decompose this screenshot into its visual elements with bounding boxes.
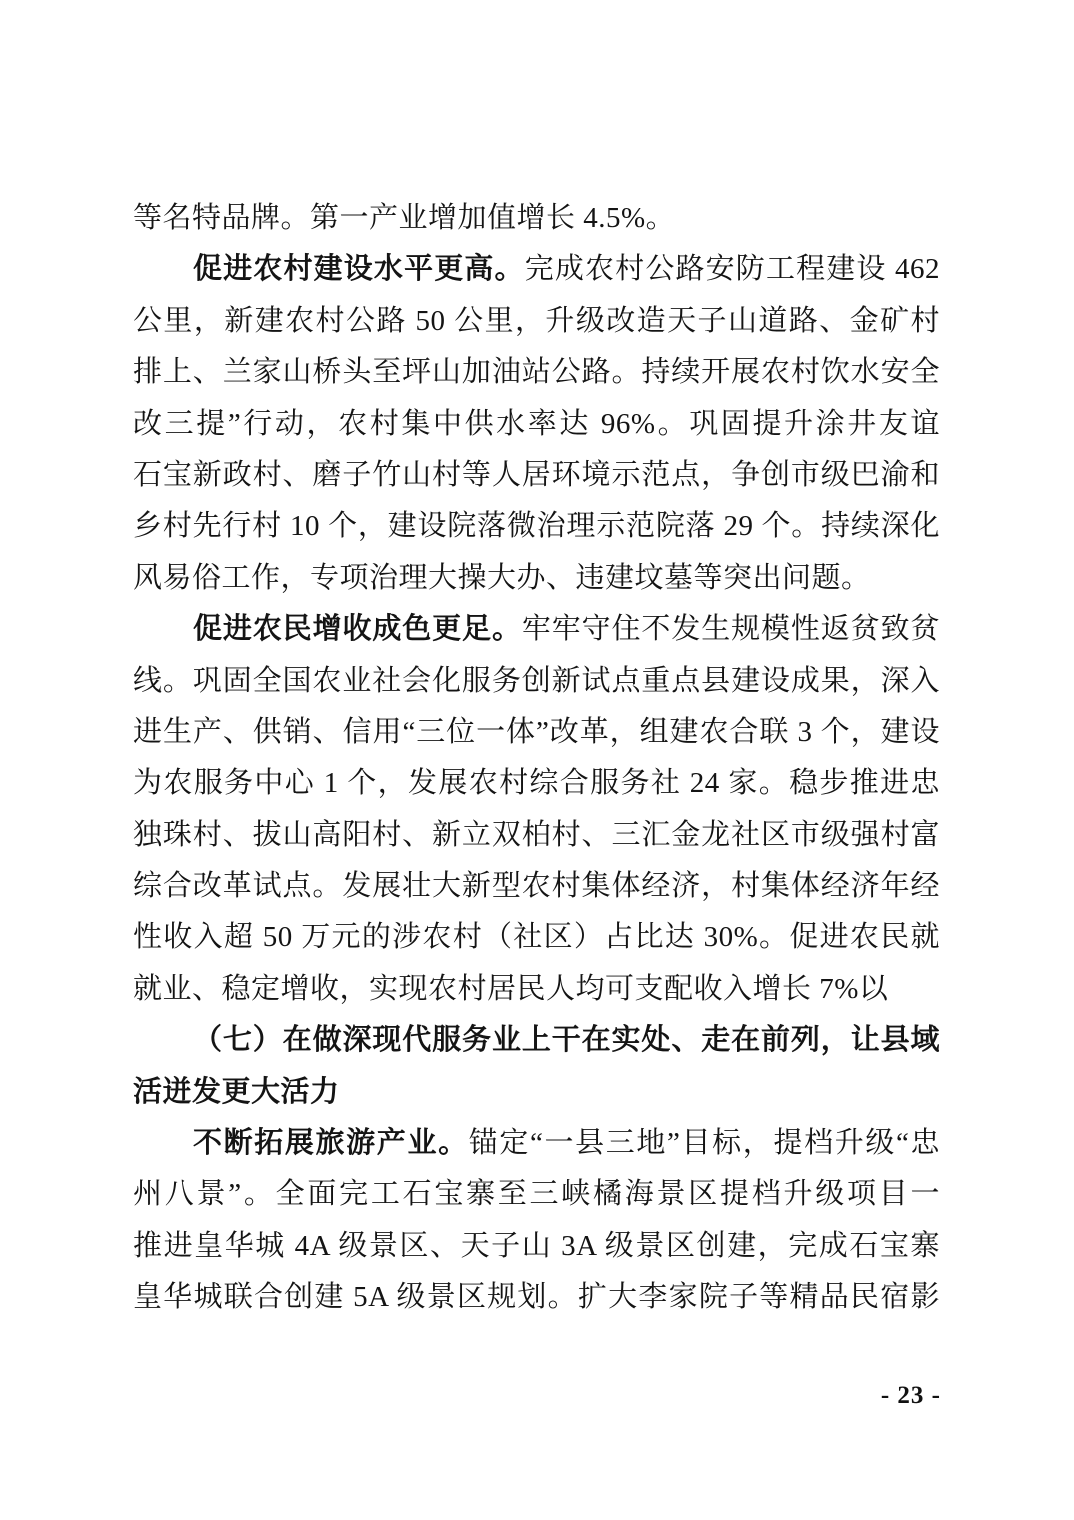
bold-lead-text: 促进农民增收成色更足。 <box>193 613 522 645</box>
line-text: 推进皇华城 4A 级景区、天子山 3A 级景区创建，完成石宝寨— <box>133 1230 940 1272</box>
line-text: 就业、稳定增收，实现农村居民人均可支配收入增长 7%以上。 <box>133 973 888 1015</box>
text-line: 为农服务中心 1 个，发展农村综合服务社 24 家。稳步推进忠州 <box>133 758 940 809</box>
text-line: 就业、稳定增收，实现农村居民人均可支配收入增长 7%以上。 <box>133 964 940 1015</box>
document-page: 等名特品牌。第一产业增加值增长 4.5%。促进农村建设水平更高。完成农村公路安防… <box>0 0 1074 1520</box>
line-text: 石宝新政村、磨子竹山村等人居环境示范点，争创市级巴渝和美 <box>133 459 940 501</box>
text-line: 乡村先行村 10 个，建设院落微治理示范院落 29 个。持续深化移 <box>133 501 940 552</box>
text-line: 进生产、供销、信用“三位一体”改革，组建农合联 3 个，建设 <box>133 707 940 758</box>
text-line: 公里，新建农村公路 50 公里，升级改造天子山道路、金矿村至 <box>133 296 940 347</box>
page-number: - 23 - <box>821 1382 941 1410</box>
line-text: 为农服务中心 1 个，发展农村综合服务社 24 家。稳步推进忠州 <box>133 767 940 809</box>
line-text: 进生产、供销、信用“三位一体”改革，组建农合联 3 个，建设 <box>133 716 940 748</box>
bold-lead-text: 促进农村建设水平更高。 <box>193 253 525 285</box>
section-heading-line: （七）在做深现代服务业上干在实处、走在前列，让县域生 <box>133 1015 940 1066</box>
line-text: 风易俗工作，专项治理大操大办、违建坟墓等突出问题。 <box>133 562 871 594</box>
bold-lead-text: 活迸发更大活力 <box>133 1076 340 1108</box>
text-line: 排上、兰家山桥头至坪山加油站公路。持续开展农村饮水安全“一 <box>133 347 940 398</box>
line-text: 独珠村、拔山高阳村、新立双柏村、三汇金龙社区市级强村富民 <box>133 819 940 861</box>
section-heading-line: 活迸发更大活力 <box>133 1067 940 1118</box>
text-line: 石宝新政村、磨子竹山村等人居环境示范点，争创市级巴渝和美 <box>133 450 940 501</box>
line-text: 完成农村公路安防工程建设 462 <box>525 253 940 285</box>
line-text: 公里，新建农村公路 50 公里，升级改造天子山道路、金矿村至 <box>133 305 940 347</box>
bold-lead-text: 不断拓展旅游产业。 <box>193 1127 469 1159</box>
line-text: 等名特品牌。第一产业增加值增长 4.5%。 <box>133 202 675 234</box>
text-line: 不断拓展旅游产业。锚定“一县三地”目标，提档升级“忠 <box>133 1118 940 1169</box>
text-line: 推进皇华城 4A 级景区、天子山 3A 级景区创建，完成石宝寨— <box>133 1221 940 1272</box>
line-text: 改三提”行动，农村集中供水率达 96%。巩固提升涂井友谊村、 <box>133 408 940 450</box>
line-text: 州八景”。全面完工石宝寨至三峡橘海景区提档升级项目一期， <box>133 1178 940 1220</box>
text-line: 风易俗工作，专项治理大操大办、违建坟墓等突出问题。 <box>133 553 940 604</box>
line-text: 皇华城联合创建 5A 级景区规划。扩大李家院子等精品民宿影响力， <box>133 1281 940 1323</box>
line-text: 乡村先行村 10 个，建设院落微治理示范院落 29 个。持续深化移 <box>133 510 940 552</box>
text-line: 线。巩固全国农业社会化服务创新试点重点县建设成果，深入推 <box>133 656 940 707</box>
bold-lead-text: （七）在做深现代服务业上干在实处、走在前列，让县域生 <box>133 1024 940 1066</box>
document-body: 等名特品牌。第一产业增加值增长 4.5%。促进农村建设水平更高。完成农村公路安防… <box>133 193 940 1324</box>
line-text: 线。巩固全国农业社会化服务创新试点重点县建设成果，深入推 <box>133 665 940 707</box>
text-line: 性收入超 50 万元的涉农村（社区）占比达 30%。促进农民就近 <box>133 912 940 963</box>
text-line: 促进农村建设水平更高。完成农村公路安防工程建设 462 <box>133 244 940 295</box>
text-line: 综合改革试点。发展壮大新型农村集体经济，村集体经济年经营 <box>133 861 940 912</box>
line-text: 排上、兰家山桥头至坪山加油站公路。持续开展农村饮水安全“一 <box>133 356 940 398</box>
text-line: 皇华城联合创建 5A 级景区规划。扩大李家院子等精品民宿影响力， <box>133 1272 940 1323</box>
line-text: 性收入超 50 万元的涉农村（社区）占比达 30%。促进农民就近 <box>133 921 940 963</box>
text-line: 等名特品牌。第一产业增加值增长 4.5%。 <box>133 193 940 244</box>
line-text: 综合改革试点。发展壮大新型农村集体经济，村集体经济年经营 <box>133 870 940 912</box>
text-line: 改三提”行动，农村集中供水率达 96%。巩固提升涂井友谊村、 <box>133 399 940 450</box>
text-line: 促进农民增收成色更足。牢牢守住不发生规模性返贫致贫底 <box>133 604 940 655</box>
line-text: 锚定“一县三地”目标，提档升级“忠 <box>469 1127 940 1159</box>
text-line: 独珠村、拔山高阳村、新立双柏村、三汇金龙社区市级强村富民 <box>133 810 940 861</box>
text-line: 州八景”。全面完工石宝寨至三峡橘海景区提档升级项目一期， <box>133 1169 940 1220</box>
